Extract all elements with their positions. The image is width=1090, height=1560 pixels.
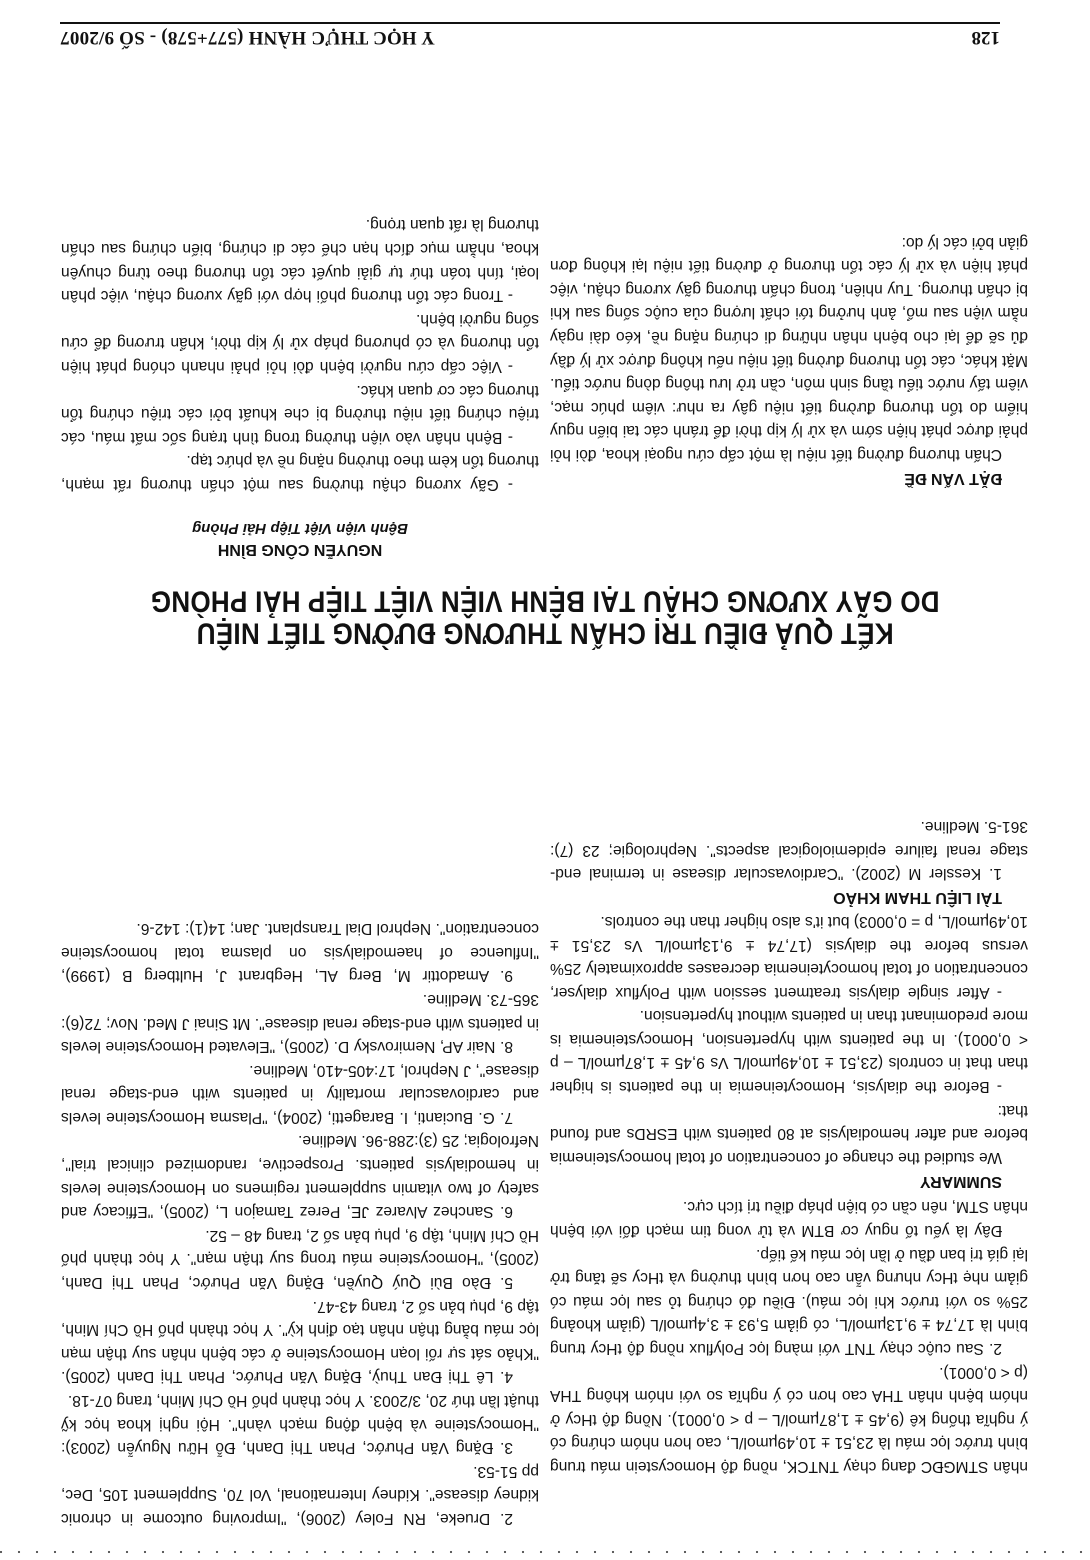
reference-item: 2. Drueke, RN Foley (2006), "Improving o… — [61, 1459, 539, 1530]
intro-bullet-4: - Trong các tổn thương phối hợp với gãy … — [61, 213, 539, 307]
scan-edge-dots — [0, 1550, 1090, 1554]
intro-heading: ĐẶT VẤN ĐỀ — [550, 466, 1002, 490]
summary-paragraph-3: - After single dialysis treatment sessio… — [550, 909, 1028, 1003]
reference-item: 6. Sanchez Alvarez JE, Perez Tamajon L, … — [61, 1129, 539, 1223]
results-paragraph-2: 2. Sau cuộc chạy TNT với màng lọc Polyfl… — [550, 1242, 1028, 1360]
reference-item: 7. G. Bucianti, I. Baragetti, (2004), "P… — [61, 1058, 539, 1129]
intro-bullet-2: - Bệnh nhân vào viện thường trong tình t… — [61, 378, 539, 449]
left-column: nhân STMGĐC đang chạy TNTCK, nồng độ Hom… — [550, 815, 1028, 1478]
reference-item: 8. Nair AP, Nemirovsky D. (2005), "Eleva… — [61, 987, 539, 1058]
intro-paragraph-1: Chấn thương đường tiết niệu là một cấp c… — [550, 230, 1028, 466]
intro-right-column: - Gãy xương chậu thường sau một chấn thư… — [61, 213, 539, 496]
journal-title: Y HỌC THỰC HÀNH (577+578) - SỐ 9/2007 — [60, 24, 435, 48]
author-block: NGUYỄN CÔNG BÌNH Bệnh viện Việt Tiệp Hải… — [110, 518, 490, 560]
references-heading: TÀI LIỆU THAM KHẢO — [550, 885, 1002, 909]
intro-left-column: ĐẶT VẤN ĐỀ Chấn thương đường tiết niệu l… — [550, 230, 1028, 490]
author-affiliation: Bệnh viện Việt Tiệp Hải Phòng — [110, 518, 490, 538]
results-paragraph-1: nhân STMGĐC đang chạy TNTCK, nồng độ Hom… — [550, 1360, 1028, 1478]
article-title-block: KẾT QUẢ ĐIỀU TRỊ CHẤN THƯƠNG ĐƯỜNG TIẾT … — [60, 586, 1030, 650]
intro-bullet-1: - Gãy xương chậu thường sau một chấn thư… — [61, 449, 539, 496]
summary-paragraph-1: We studied the change of concentration o… — [550, 1098, 1028, 1169]
right-column-references: 2. Drueke, RN Foley (2006), "Improving o… — [61, 917, 539, 1530]
article-title-line-2: DO GÃY XƯƠNG CHẬU TẠI BỆNH VIỆN VIỆT TIỆ… — [60, 584, 1030, 621]
reference-item: 5. Đào Bùi Quý Quyền, Đặng Văn Phước, Ph… — [61, 1223, 539, 1294]
running-header: 128 Y HỌC THỰC HÀNH (577+578) - SỐ 9/200… — [60, 22, 1000, 52]
reference-item: 4. Lê Thị Đan Thuỳ, Đặng Văn Phước, Phan… — [61, 1294, 539, 1388]
reference-item: 1. Kessler M (2002). "Cardiovascular dis… — [550, 815, 1028, 886]
rotated-journal-page: nhân STMGĐC đang chạy TNTCK, nồng độ Hom… — [0, 0, 1090, 1560]
page-number: 128 — [972, 24, 1001, 48]
results-paragraph-3: Đây là yếu tố nguy cơ BTM và tử vong tim… — [550, 1195, 1028, 1242]
article-title-line-1: KẾT QUẢ ĐIỀU TRỊ CHẤN THƯƠNG ĐƯỜNG TIẾT … — [60, 616, 1030, 653]
reference-item: 3. Đặng Văn Phước, Phan Thị Danh, Đỗ Hữu… — [61, 1388, 539, 1459]
summary-heading: SUMMARY — [550, 1169, 1002, 1193]
reference-item: 9. Amadottir M, Berg AL, Hegbrant J, Hul… — [61, 917, 539, 988]
intro-bullet-3: - Việc cấp cứu người bệnh đòi hỏi phải n… — [61, 307, 539, 378]
summary-paragraph-2: - Before the dialysis, Homocyteinemia in… — [550, 1004, 1028, 1098]
author-name: NGUYỄN CÔNG BÌNH — [110, 538, 490, 560]
